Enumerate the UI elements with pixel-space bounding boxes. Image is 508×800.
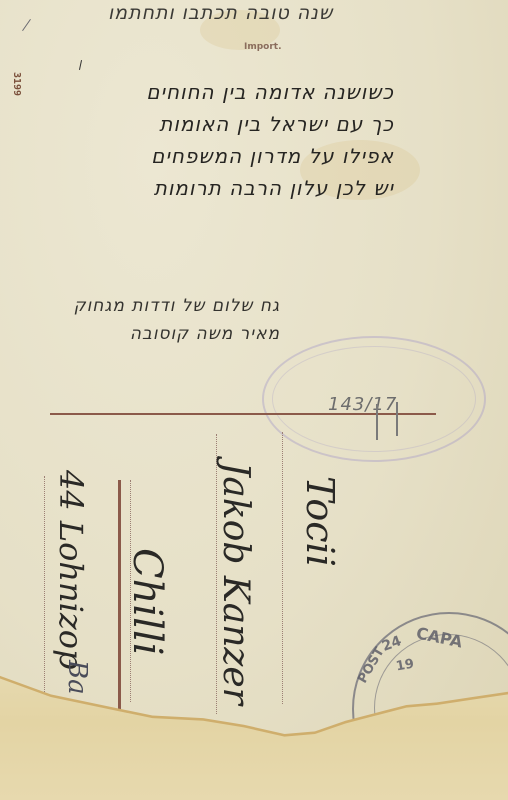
signature-line: מאיר משה קוסובה [80,324,280,352]
message-line: אפילו על מדרון המשפחים [104,144,394,176]
imprint-label: Import. [244,42,282,52]
serial-number: 3199 [11,72,22,96]
pencil-stroke [396,402,398,436]
message-line: יש לכן עלון הרבה תרומות [104,176,394,208]
signature-block: גח שלום של ודדות מגחוק מאיר משה קוסובה [80,296,280,352]
message-body: כשושנה אדומה בין החוחים כך עם ישראל בין … [104,80,394,208]
vertical-rule [118,480,121,716]
address-name: Jakob Kanzer [215,462,256,705]
message-line: כך עם ישראל בין האומות [104,112,394,144]
address-street: 44 Lohnizop [52,470,90,669]
postmark-year: 19 [395,657,415,675]
signature-line: גח שלום של ודדות מגחוק [80,296,280,324]
pencil-tick-mark [22,19,31,31]
archive-pencil-number: 143/17 [328,394,397,415]
ink-tick-mark [79,60,82,70]
address-extra: Ba [62,660,92,695]
address-city: Chilli [124,548,170,656]
greeting-heading: שנה טובה תכתבו ותחתמו [108,2,333,24]
address-dotted-line [282,432,283,704]
pencil-stroke [376,404,378,440]
postcard: שנה טובה תכתבו ותחתמו Import. 3199 כשושנ… [0,0,508,800]
address-dotted-line [44,476,45,698]
address-salutation: Tocii [298,476,342,567]
message-line: כשושנה אדומה בין החוחים [104,80,394,112]
